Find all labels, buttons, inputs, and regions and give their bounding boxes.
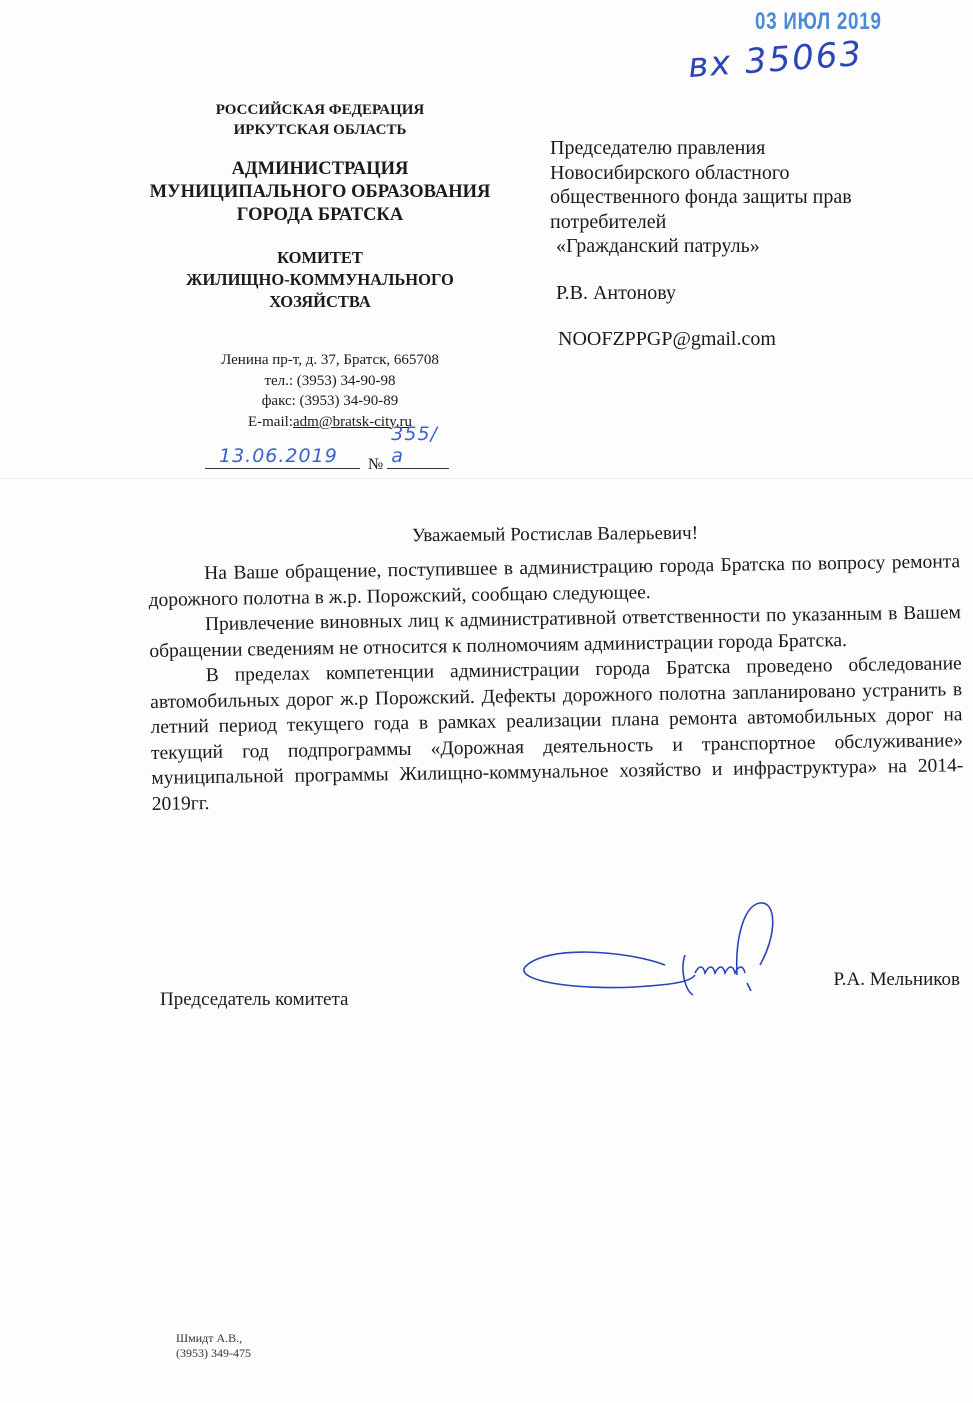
letter-body: На Ваше обращение, поступившее в админис…	[148, 549, 964, 817]
signature-block: Председатель комитета Р.А. Мельников	[160, 985, 960, 1035]
executor-phone: (3953) 349-475	[176, 1346, 251, 1361]
sender-org-line1: АДМИНИСТРАЦИЯ	[120, 158, 520, 181]
sender-country: РОССИЙСКАЯ ФЕДЕРАЦИЯ	[120, 100, 520, 120]
greeting: Уважаемый Ростислав Валерьевич!	[140, 520, 970, 549]
sender-region: ИРКУТСКАЯ ОБЛАСТЬ	[120, 120, 520, 140]
addressee-line5: «Гражданский патруль»	[556, 234, 852, 259]
sender-dept-line3: ХОЗЯЙСТВА	[120, 291, 520, 313]
signatory-name: Р.А. Мельников	[834, 969, 960, 991]
sender-contacts: Ленина пр-т, д. 37, Братск, 665708 тел.:…	[180, 350, 480, 432]
sender-letterhead: РОССИЙСКАЯ ФЕДЕРАЦИЯ ИРКУТСКАЯ ОБЛАСТЬ А…	[120, 100, 520, 313]
outgoing-number: 355/а	[391, 423, 449, 467]
outgoing-number-line: 13.06.2019№355/а	[205, 446, 449, 474]
sender-address: Ленина пр-т, д. 37, Братск, 665708	[180, 350, 480, 371]
addressee-name: Р.В. Антонову	[556, 281, 852, 306]
received-date-stamp: 03 ИЮЛ 2019	[755, 8, 882, 36]
signatory-title: Председатель комитета	[160, 989, 348, 1011]
addressee-line2: Новосибирского областного	[550, 161, 852, 186]
paragraph-3: В пределах компетенции администрации гор…	[150, 651, 964, 817]
outgoing-date: 13.06.2019	[219, 445, 338, 467]
fold-line	[0, 478, 973, 479]
sender-fax: факс: (3953) 34-90-89	[180, 391, 480, 412]
sender-dept-line2: ЖИЛИЩНО-КОММУНАЛЬНОГО	[120, 269, 520, 291]
sender-phone: тел.: (3953) 34-90-98	[180, 371, 480, 392]
sender-org-line3: ГОРОДА БРАТСКА	[120, 204, 520, 227]
sender-org: АДМИНИСТРАЦИЯ МУНИЦИПАЛЬНОГО ОБРАЗОВАНИЯ…	[120, 158, 520, 227]
letter-page: 03 ИЮЛ 2019 вх 35063 РОССИЙСКАЯ ФЕДЕРАЦИ…	[0, 0, 973, 1403]
sender-org-line2: МУНИЦИПАЛЬНОГО ОБРАЗОВАНИЯ	[120, 181, 520, 204]
executor-info: Шмидт А.В., (3953) 349-475	[176, 1331, 251, 1361]
number-sign: №	[368, 456, 383, 473]
executor-name: Шмидт А.В.,	[176, 1331, 251, 1346]
addressee-email: NOOFZPPGP@gmail.com	[558, 327, 852, 352]
sender-dept-line1: КОМИТЕТ	[120, 247, 520, 269]
addressee-line1: Председателю правления	[550, 136, 852, 161]
addressee-block: Председателю правления Новосибирского об…	[550, 136, 852, 352]
sender-email-label: E-mail:	[248, 414, 293, 430]
incoming-registration-number: вх 35063	[687, 34, 865, 86]
addressee-line3: общественного фонда защиты прав	[550, 185, 852, 210]
outgoing-number-field: 355/а	[387, 446, 449, 469]
sender-department: КОМИТЕТ ЖИЛИЩНО-КОММУНАЛЬНОГО ХОЗЯЙСТВА	[120, 247, 520, 313]
addressee-line4: потребителей	[550, 210, 852, 235]
outgoing-date-field: 13.06.2019	[205, 446, 360, 469]
